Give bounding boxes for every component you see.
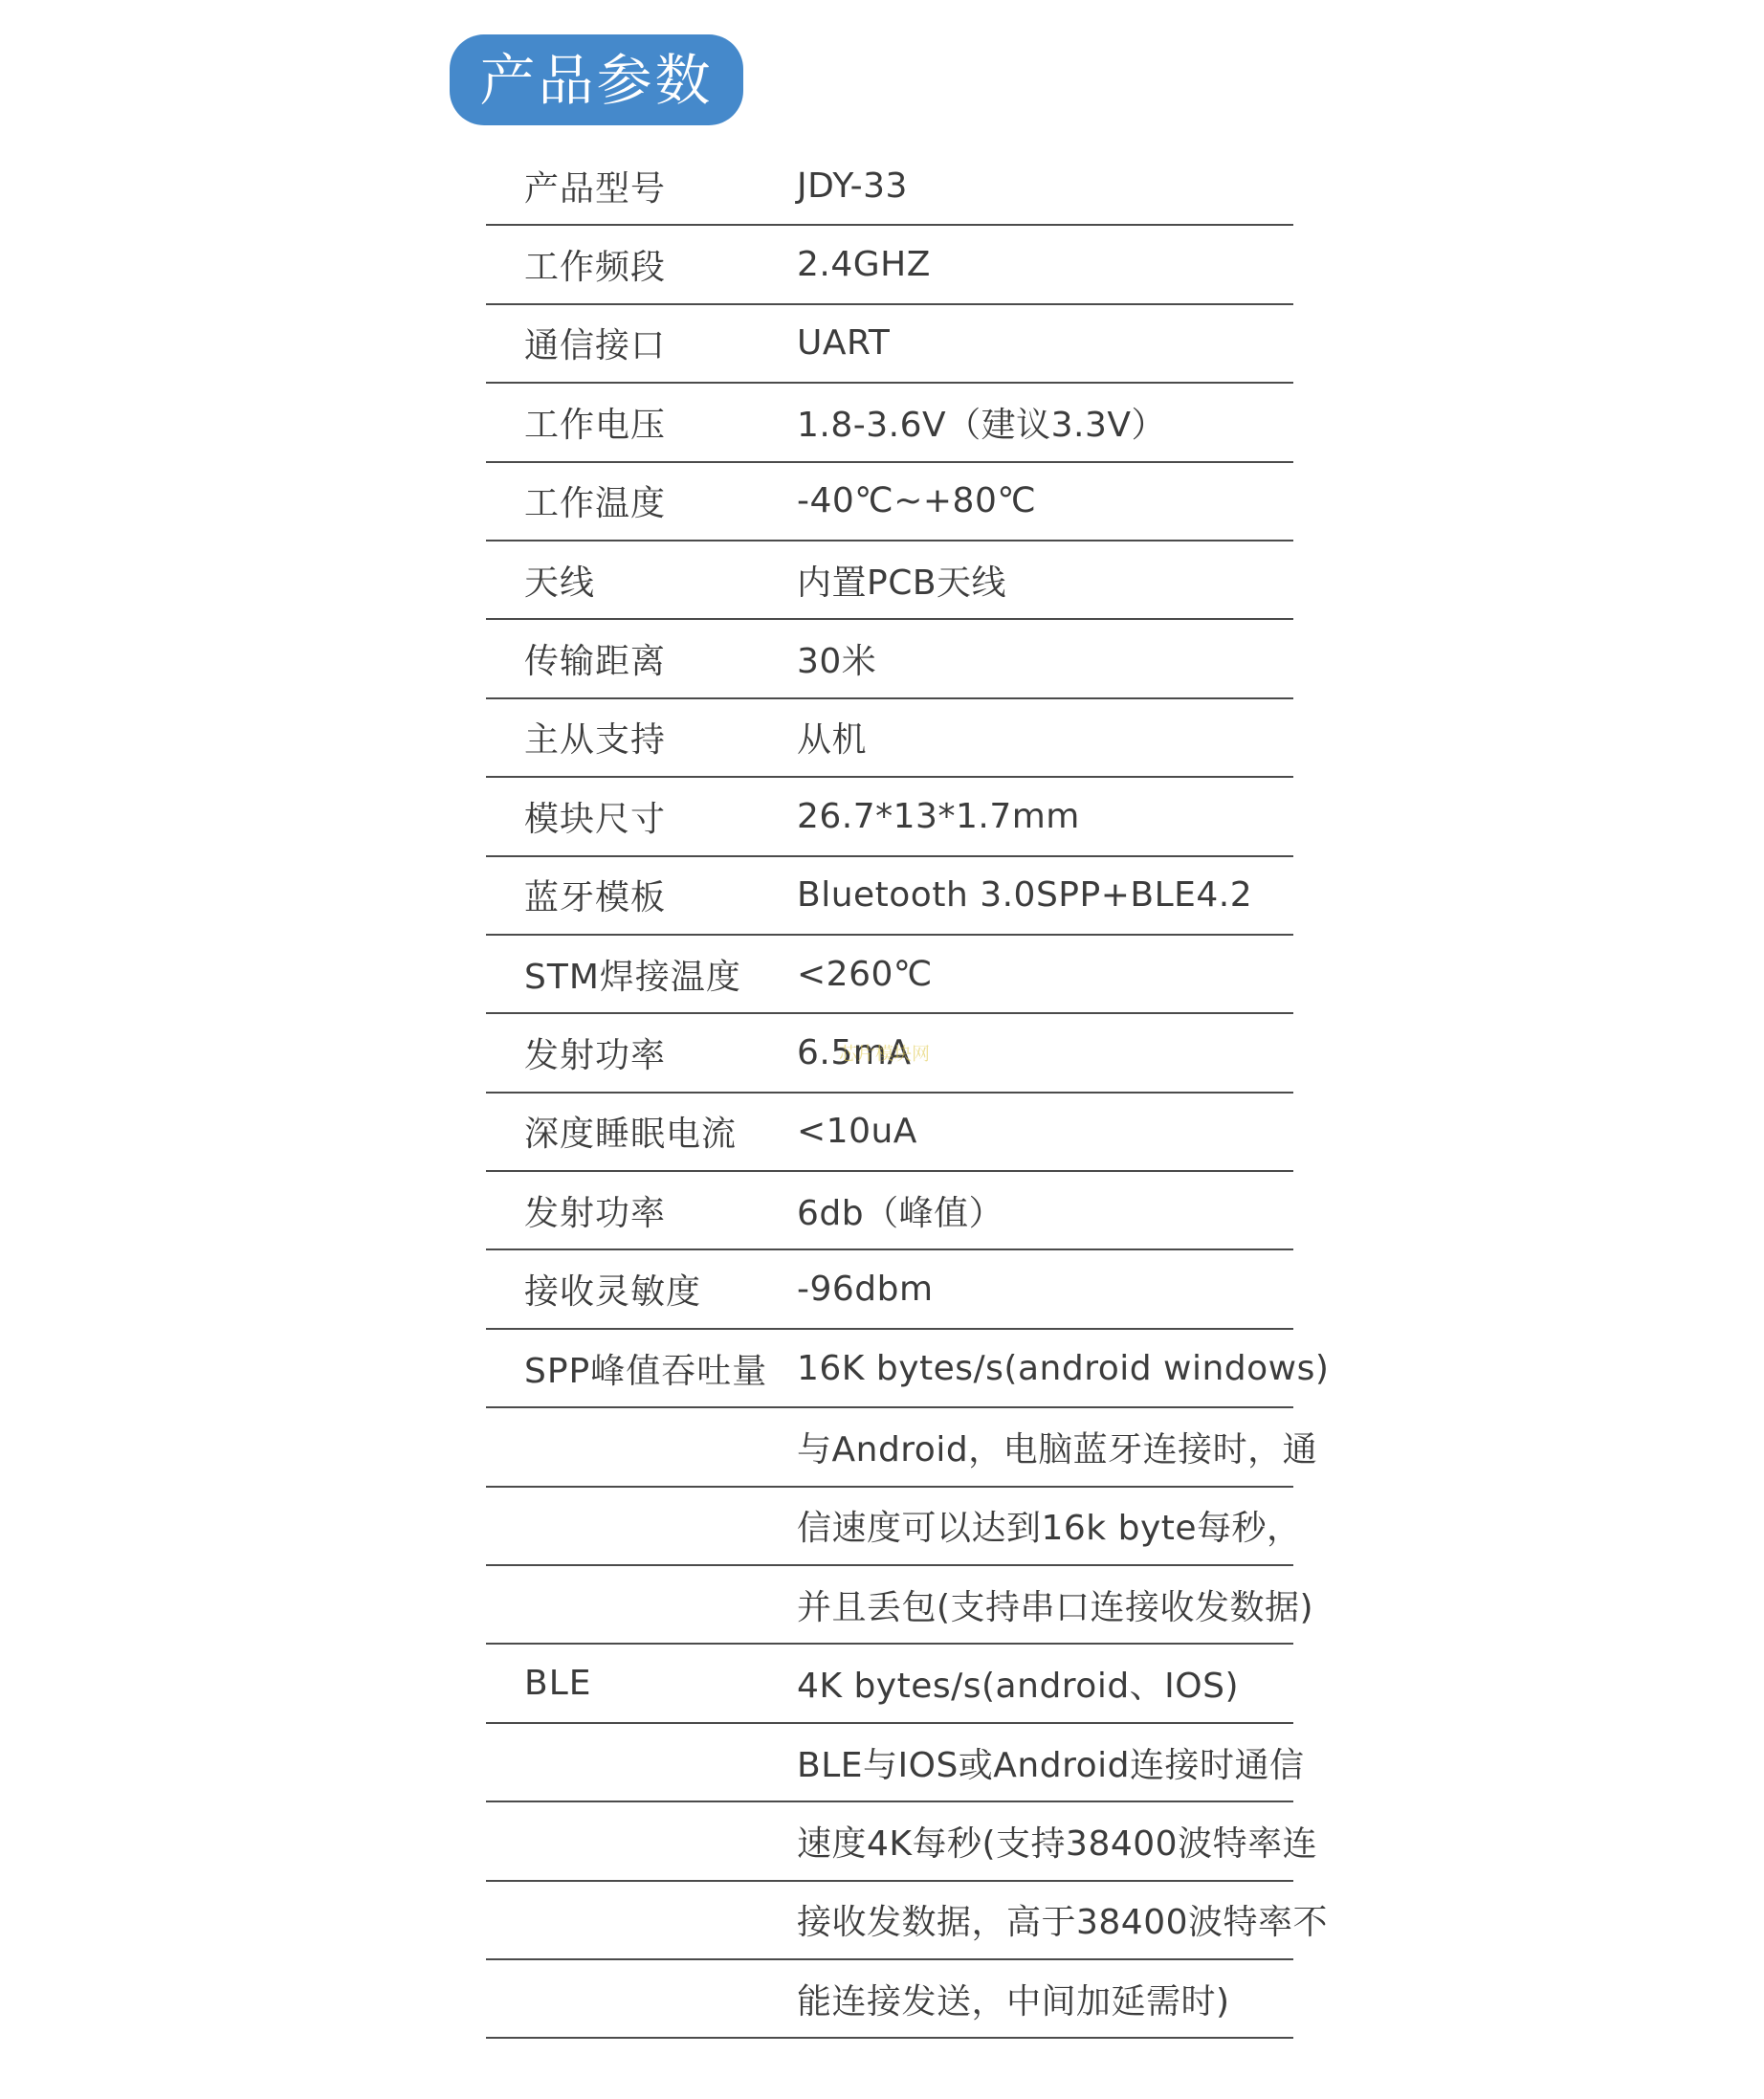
table-row: 天线内置PCB天线 <box>486 541 1293 620</box>
spec-value: 4K bytes/s(android、IOS) <box>797 1659 1293 1708</box>
spec-value: 2.4GHZ <box>797 245 1293 284</box>
table-row: 产品型号JDY-33 <box>486 147 1293 226</box>
spec-value: JDY-33 <box>797 166 1293 206</box>
spec-value: 信速度可以达到16k byte每秒， <box>797 1501 1302 1550</box>
spec-value: 6db（峰值） <box>797 1186 1293 1235</box>
spec-value: 与Android，电脑蓝牙连接时，通 <box>797 1423 1317 1471</box>
table-row: 接收发数据，高于38400波特率不 <box>486 1882 1293 1960</box>
spec-label: 发射功率 <box>524 1028 797 1077</box>
spec-value: Bluetooth 3.0SPP+BLE4.2 <box>797 875 1293 915</box>
table-row: 信速度可以达到16k byte每秒， <box>486 1488 1293 1566</box>
table-row: SPP峰值吞吐量16K bytes/s(android windows) <box>486 1330 1293 1408</box>
table-row: 速度4K每秒(支持38400波特率连 <box>486 1802 1293 1881</box>
table-row: 模块尺寸26.7*13*1.7mm <box>486 778 1293 856</box>
spec-label: 产品型号 <box>524 162 797 210</box>
table-row: 通信接口UART <box>486 305 1293 384</box>
spec-value: 速度4K每秒(支持38400波特率连 <box>797 1817 1317 1866</box>
spec-value: 26.7*13*1.7mm <box>797 797 1293 836</box>
spec-label: BLE <box>524 1664 797 1703</box>
table-row: 接收灵敏度-96dbm <box>486 1250 1293 1329</box>
section-title: 产品参数 <box>479 53 713 108</box>
spec-label: 工作电压 <box>524 398 797 447</box>
table-row: STM焊接温度<260℃ <box>486 936 1293 1014</box>
spec-label: 主从支持 <box>524 713 797 762</box>
table-row: 发射功率6.5mA芯片模块网 <box>486 1014 1293 1093</box>
spec-value: BLE与IOS或Android连接时通信 <box>797 1738 1305 1787</box>
spec-label: 工作频段 <box>524 240 797 289</box>
spec-table: 产品型号JDY-33工作频段2.4GHZ通信接口UART工作电压1.8-3.6V… <box>486 147 1293 2039</box>
table-row: 能连接发送，中间加延需时) <box>486 1960 1293 2039</box>
spec-label: 传输距离 <box>524 634 797 683</box>
spec-label: 天线 <box>524 556 797 605</box>
spec-value: 30米 <box>797 634 1293 683</box>
spec-value: 接收发数据，高于38400波特率不 <box>797 1895 1328 1944</box>
product-parameters-page: 产品参数 产品型号JDY-33工作频段2.4GHZ通信接口UART工作电压1.8… <box>0 0 1764 2099</box>
spec-value: 内置PCB天线 <box>797 556 1293 605</box>
table-row: 传输距离30米 <box>486 620 1293 698</box>
table-row: 蓝牙模板Bluetooth 3.0SPP+BLE4.2 <box>486 857 1293 936</box>
spec-value: <260℃ <box>797 955 1293 994</box>
table-row: 主从支持从机 <box>486 699 1293 778</box>
section-title-badge: 产品参数 <box>450 34 743 125</box>
table-row: 工作电压1.8-3.6V（建议3.3V） <box>486 384 1293 462</box>
table-row: 发射功率6db（峰值） <box>486 1172 1293 1250</box>
spec-label: 模块尺寸 <box>524 792 797 841</box>
spec-value: 从机 <box>797 713 1293 762</box>
spec-label: 深度睡眠电流 <box>524 1107 797 1156</box>
spec-label: STM焊接温度 <box>524 950 797 999</box>
spec-label: 接收灵敏度 <box>524 1265 797 1314</box>
spec-label: SPP峰值吞吐量 <box>524 1344 797 1393</box>
spec-label: 发射功率 <box>524 1186 797 1235</box>
spec-value: UART <box>797 323 1293 363</box>
spec-value: 1.8-3.6V（建议3.3V） <box>797 398 1293 447</box>
table-row: 工作温度-40℃~+80℃ <box>486 463 1293 541</box>
spec-value: -96dbm <box>797 1270 1293 1309</box>
spec-label: 通信接口 <box>524 319 797 367</box>
spec-value: 能连接发送，中间加延需时) <box>797 1975 1293 2023</box>
spec-value: 并且丢包(支持串口连接收发数据) <box>797 1580 1313 1629</box>
spec-value: -40℃~+80℃ <box>797 481 1293 520</box>
table-row: 并且丢包(支持串口连接收发数据) <box>486 1566 1293 1645</box>
spec-value: 16K bytes/s(android windows) <box>797 1349 1329 1388</box>
spec-value: <10uA <box>797 1112 1293 1151</box>
spec-label: 蓝牙模板 <box>524 871 797 919</box>
spec-value: 6.5mA芯片模块网 <box>797 1033 1293 1072</box>
spec-label: 工作温度 <box>524 476 797 525</box>
table-row: BLE与IOS或Android连接时通信 <box>486 1724 1293 1802</box>
table-row: BLE4K bytes/s(android、IOS) <box>486 1645 1293 1723</box>
watermark-text: 芯片模块网 <box>839 1040 930 1066</box>
table-row: 工作频段2.4GHZ <box>486 226 1293 304</box>
table-row: 深度睡眠电流<10uA <box>486 1094 1293 1172</box>
table-row: 与Android，电脑蓝牙连接时，通 <box>486 1408 1293 1487</box>
